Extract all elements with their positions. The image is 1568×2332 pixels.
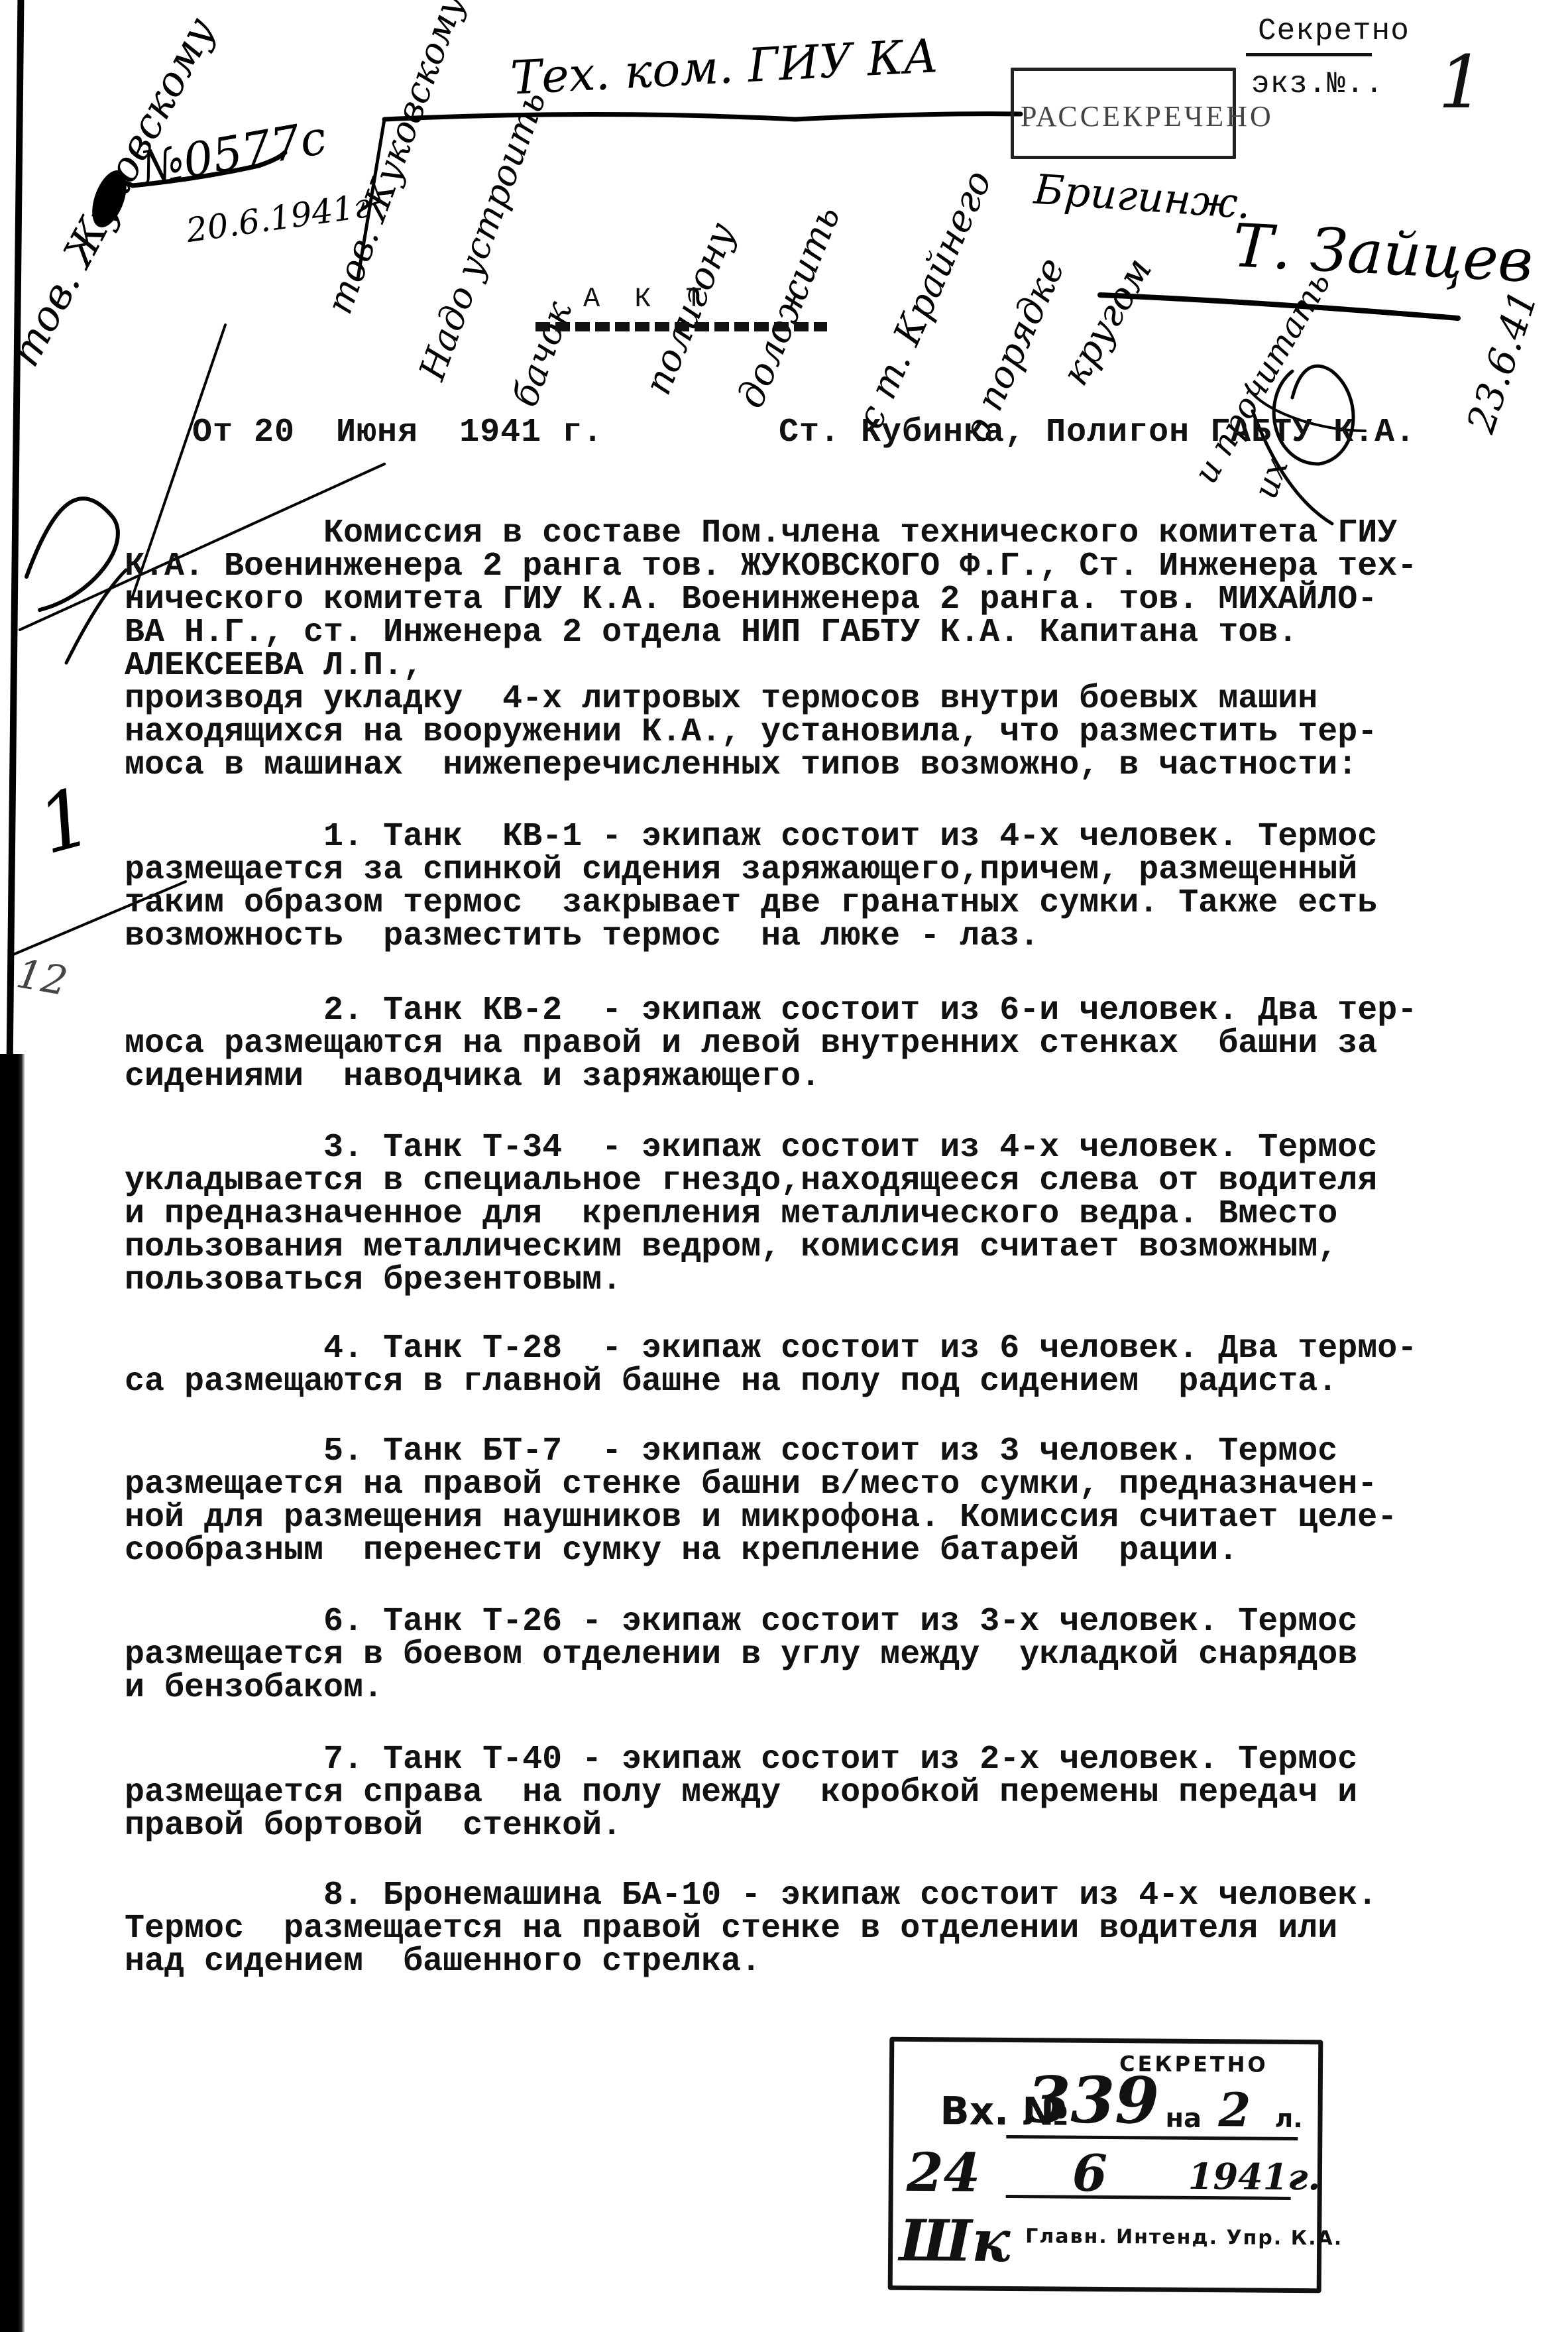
text-line: размещается в боевом отделении в углу ме… [125,1639,1563,1672]
text-line: над сидением башенного стрелка. [125,1946,1563,1979]
resolution-line: тов. Жуковскому [0,9,225,374]
text-line: 7. Танк Т-40 - экипаж состоит из 2-х чел… [125,1743,1563,1777]
text-line: пользования металлическим ведром, комисс… [125,1231,1563,1264]
text-line: размещается на правой стенке башни в/мес… [125,1468,1563,1501]
intro-paragraph: Комиссия в составе Пом.члена техническог… [125,517,1563,782]
text-line: моса размещаются на правой и левой внутр… [125,1027,1563,1061]
item-ba10: 8. Бронемашина БА-10 - экипаж состоит из… [125,1879,1563,1979]
copy-number-label: экз.№.. [1251,68,1384,101]
text-line: пользоваться брезентовым. [125,1264,1563,1297]
stamp-sheets-value: 2 [1218,2082,1251,2137]
document-date: От 20 Июня 1941 г. [192,416,603,449]
stamp-organization: Главн. Интенд. Упр. К.А. [1025,2225,1343,2250]
text-line: сообразным перенести сумку на крепление … [125,1535,1563,1568]
resolution-signer: Т. Зайцев [1231,211,1535,296]
resolution-date: 23.6.41 [1458,284,1546,438]
stamp-year: 1941г. [1188,2155,1321,2198]
text-line: размещается за спинкой сидения заряжающе… [125,854,1563,887]
text-line: производя укладку 4-х литровых термосов … [125,683,1563,716]
resolution-rank: Бригинж. [1033,165,1253,229]
margin-mark: 1 [28,770,101,872]
margin-mark: 12 [13,951,71,1005]
text-line: 4. Танк Т-28 - экипаж состоит из 6 челов… [125,1332,1563,1366]
text-line: 1. Танк КВ-1 - экипаж состоит из 4-х чел… [125,821,1563,854]
text-line: Термос размещается на правой стенке в от… [125,1912,1563,1946]
text-line: и предназначенное для крепления металлич… [125,1198,1563,1231]
text-line: са размещаются в главной башне на полу п… [125,1366,1563,1399]
item-kv2: 2. Танк КВ-2 - экипаж состоит из 6-и чел… [125,994,1563,1094]
text-line: ВА Н.Г., ст. Инженера 2 отдела НИП ГАБТУ… [125,616,1563,650]
text-line: укладывается в специальное гнездо,находя… [125,1165,1563,1198]
stamp-day: 24 [907,2141,981,2204]
text-line: возможность разместить термос на люке - … [125,920,1563,953]
document-place: Ст. Кубинка, Полигон ГАБТУ К.А. [779,416,1416,449]
text-line: правой бортовой стенкой. [125,1810,1563,1843]
text-line: нического комитета ГИУ К.А. Военинженера… [125,583,1563,616]
text-line: и бензобаком. [125,1672,1563,1705]
item-t28: 4. Танк Т-28 - экипаж состоит из 6 челов… [125,1332,1563,1399]
text-line: размещается справа на полу между коробко… [125,1777,1563,1810]
text-line: сидениями наводчика и заряжающего. [125,1061,1563,1094]
text-line: 6. Танк Т-26 - экипаж состоит из 3-х чел… [125,1605,1563,1639]
item-bt7: 5. Танк БТ-7 - экипаж состоит из 3 челов… [125,1435,1563,1568]
stamp-signature: Шк [899,2207,1011,2275]
stamp-rule [1006,2135,1298,2140]
text-line: 5. Танк БТ-7 - экипаж состоит из 3 челов… [125,1435,1563,1468]
incoming-registration-stamp: СЕКРЕТНО Вх. № 339 на 2 л. 24 6 1941г. Г… [888,2037,1323,2294]
copy-number-value: 1 [1438,40,1484,125]
stamp-sheets-label: на [1165,2103,1202,2134]
secrecy-mark: Секретно [1258,15,1410,48]
stamp-month: 6 [1072,2144,1108,2203]
document-page: Секретно экз.№.. 1 РАССЕКРЕЧЕНО №0577с 2… [0,0,1568,2332]
document-title: АКТ [583,282,737,316]
stamp-sheets-suffix: л. [1274,2104,1303,2133]
text-line: 2. Танк КВ-2 - экипаж состоит из 6-и чел… [125,994,1563,1027]
resolution-line: их [1246,453,1296,504]
text-line: находящихся на вооружении К.А., установи… [125,716,1563,749]
text-line: ной для размещения наушников и микрофона… [125,1501,1563,1535]
item-t26: 6. Танк Т-26 - экипаж состоит из 3-х чел… [125,1605,1563,1705]
secrecy-underline [1246,53,1372,56]
item-kv1: 1. Танк КВ-1 - экипаж состоит из 4-х чел… [125,821,1563,953]
declassified-stamp: РАССЕКРЕЧЕНО [1021,99,1274,133]
text-line: 8. Бронемашина БА-10 - экипаж состоит из… [125,1879,1563,1912]
text-line: 3. Танк Т-34 - экипаж состоит из 4-х чел… [125,1132,1563,1165]
item-t34: 3. Танк Т-34 - экипаж состоит из 4-х чел… [125,1132,1563,1297]
text-line: Комиссия в составе Пом.члена техническог… [125,517,1563,550]
text-line: таким образом термос закрывает две грана… [125,887,1563,920]
title-double-rule [535,322,827,331]
text-line: К.А. Военинженера 2 ранга тов. ЖУКОВСКОГ… [125,550,1563,583]
item-t40: 7. Танк Т-40 - экипаж состоит из 2-х чел… [125,1743,1563,1843]
text-line: АЛЕКСЕЕВА Л.П., [125,650,1563,683]
resolution-line: бачок [504,296,580,412]
text-line: моса в машинах нижеперечисленных типов в… [125,749,1563,782]
resolution-addressee: Тех. ком. ГИУ КА [509,29,939,105]
resolution-line: доложить [729,200,849,414]
stamp-incoming-number: 339 [1026,2062,1159,2138]
